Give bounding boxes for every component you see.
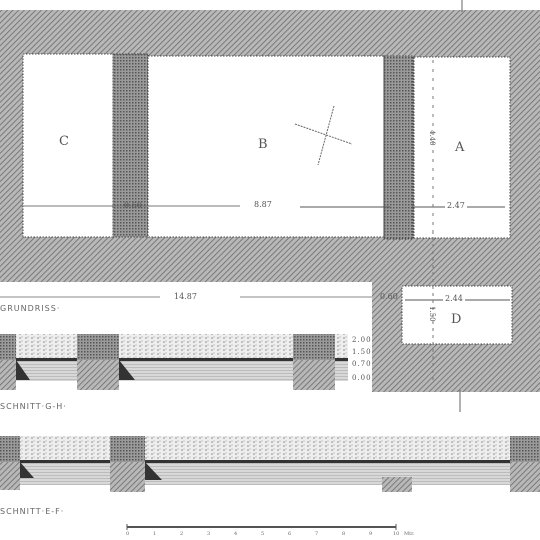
label-schnitt-g-h: SCHNITT·G-H· [0,402,67,411]
scale-tick: 9 [369,531,372,537]
scale-tick: 8 [342,531,345,537]
scale-tick: 2 [180,531,183,537]
level-note-3: 0.70 [352,360,372,368]
scale-tick: 6 [288,531,291,537]
scale-tick: 1 [153,531,156,537]
scale-tick: 7 [315,531,318,537]
scale-tick: 10 [393,531,399,537]
scale-tick: 4 [234,531,237,537]
scale-unit: Mtr. [404,531,415,537]
level-note-2: 1.50 [352,348,372,356]
section-e-f [0,436,540,492]
dim-wall-1: 0.60 [122,201,144,210]
scale-tick: 0 [126,531,129,537]
room-label-b: B [258,137,268,152]
scale-tick: 5 [261,531,264,537]
dim-total-length: 14.87 [172,292,199,301]
level-note-1: 2.00 [352,336,372,344]
partition-wall-2 [384,56,413,239]
dim-room-d: 2.44 [443,294,465,303]
dim-room-a-depth: 4.40 [428,130,436,146]
label-schnitt-e-f: SCHNITT·E-F· [0,507,64,516]
dim-room-a: 2.47 [445,201,467,210]
scale-bar [127,524,396,530]
dim-room-b: 8.87 [252,200,274,209]
scale-tick: 3 [207,531,210,537]
label-grundriss: GRUNDRISS· [0,304,60,313]
room-label-d: D [451,312,461,327]
room-label-c: C [59,134,69,149]
plan-drawing [0,0,540,540]
section-g-h [0,334,348,390]
room-label-a: A [455,140,464,155]
dim-room-d-depth: 1.50 [428,306,436,322]
level-note-4: 0.00 [352,374,372,382]
dim-wall-2: 0.60 [378,292,400,301]
